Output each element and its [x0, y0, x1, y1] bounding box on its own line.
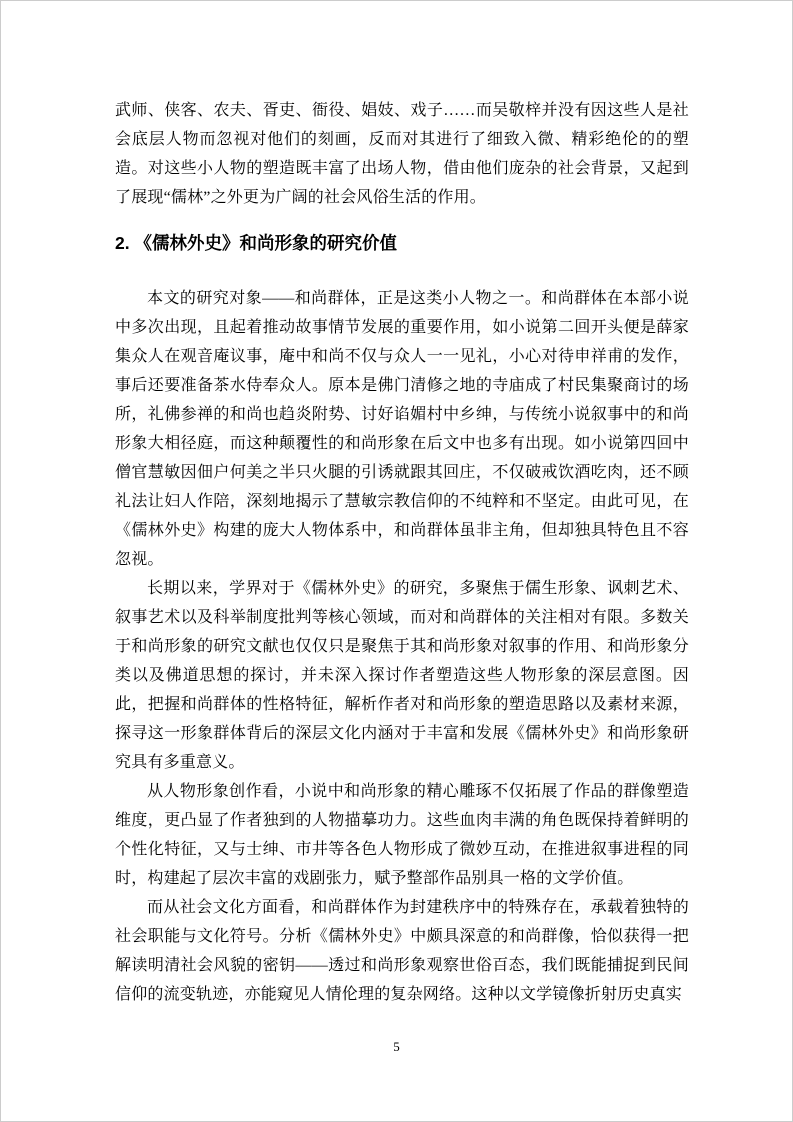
body-paragraph: 从人物形象创作看，小说中和尚形象的精心雕琢不仅拓展了作品的群像塑造维度，更凸显了… [115, 777, 689, 893]
body-paragraph: 长期以来，学界对于《儒林外史》的研究，多聚焦于儒生形象、讽刺艺术、叙事艺术以及科… [115, 574, 689, 777]
text-column: 武师、侠客、农夫、胥吏、衙役、娼妓、戏子……而吴敬梓并没有因这些人是社会底层人物… [115, 96, 689, 1009]
section-heading: 2. 《儒林外史》和尚形象的研究价值 [115, 228, 689, 258]
document-page: 武师、侠客、农夫、胥吏、衙役、娼妓、戏子……而吴敬梓并没有因这些人是社会底层人物… [0, 0, 793, 1122]
body-paragraph: 本文的研究对象——和尚群体，正是这类小人物之一。和尚群体在本部小说中多次出现，且… [115, 284, 689, 574]
body-paragraph: 而从社会文化方面看，和尚群体作为封建秩序中的特殊存在，承载着独特的社会职能与文化… [115, 893, 689, 1009]
page-number: 5 [1, 1039, 792, 1055]
paragraph-continuation: 武师、侠客、农夫、胥吏、衙役、娼妓、戏子……而吴敬梓并没有因这些人是社会底层人物… [115, 96, 689, 212]
